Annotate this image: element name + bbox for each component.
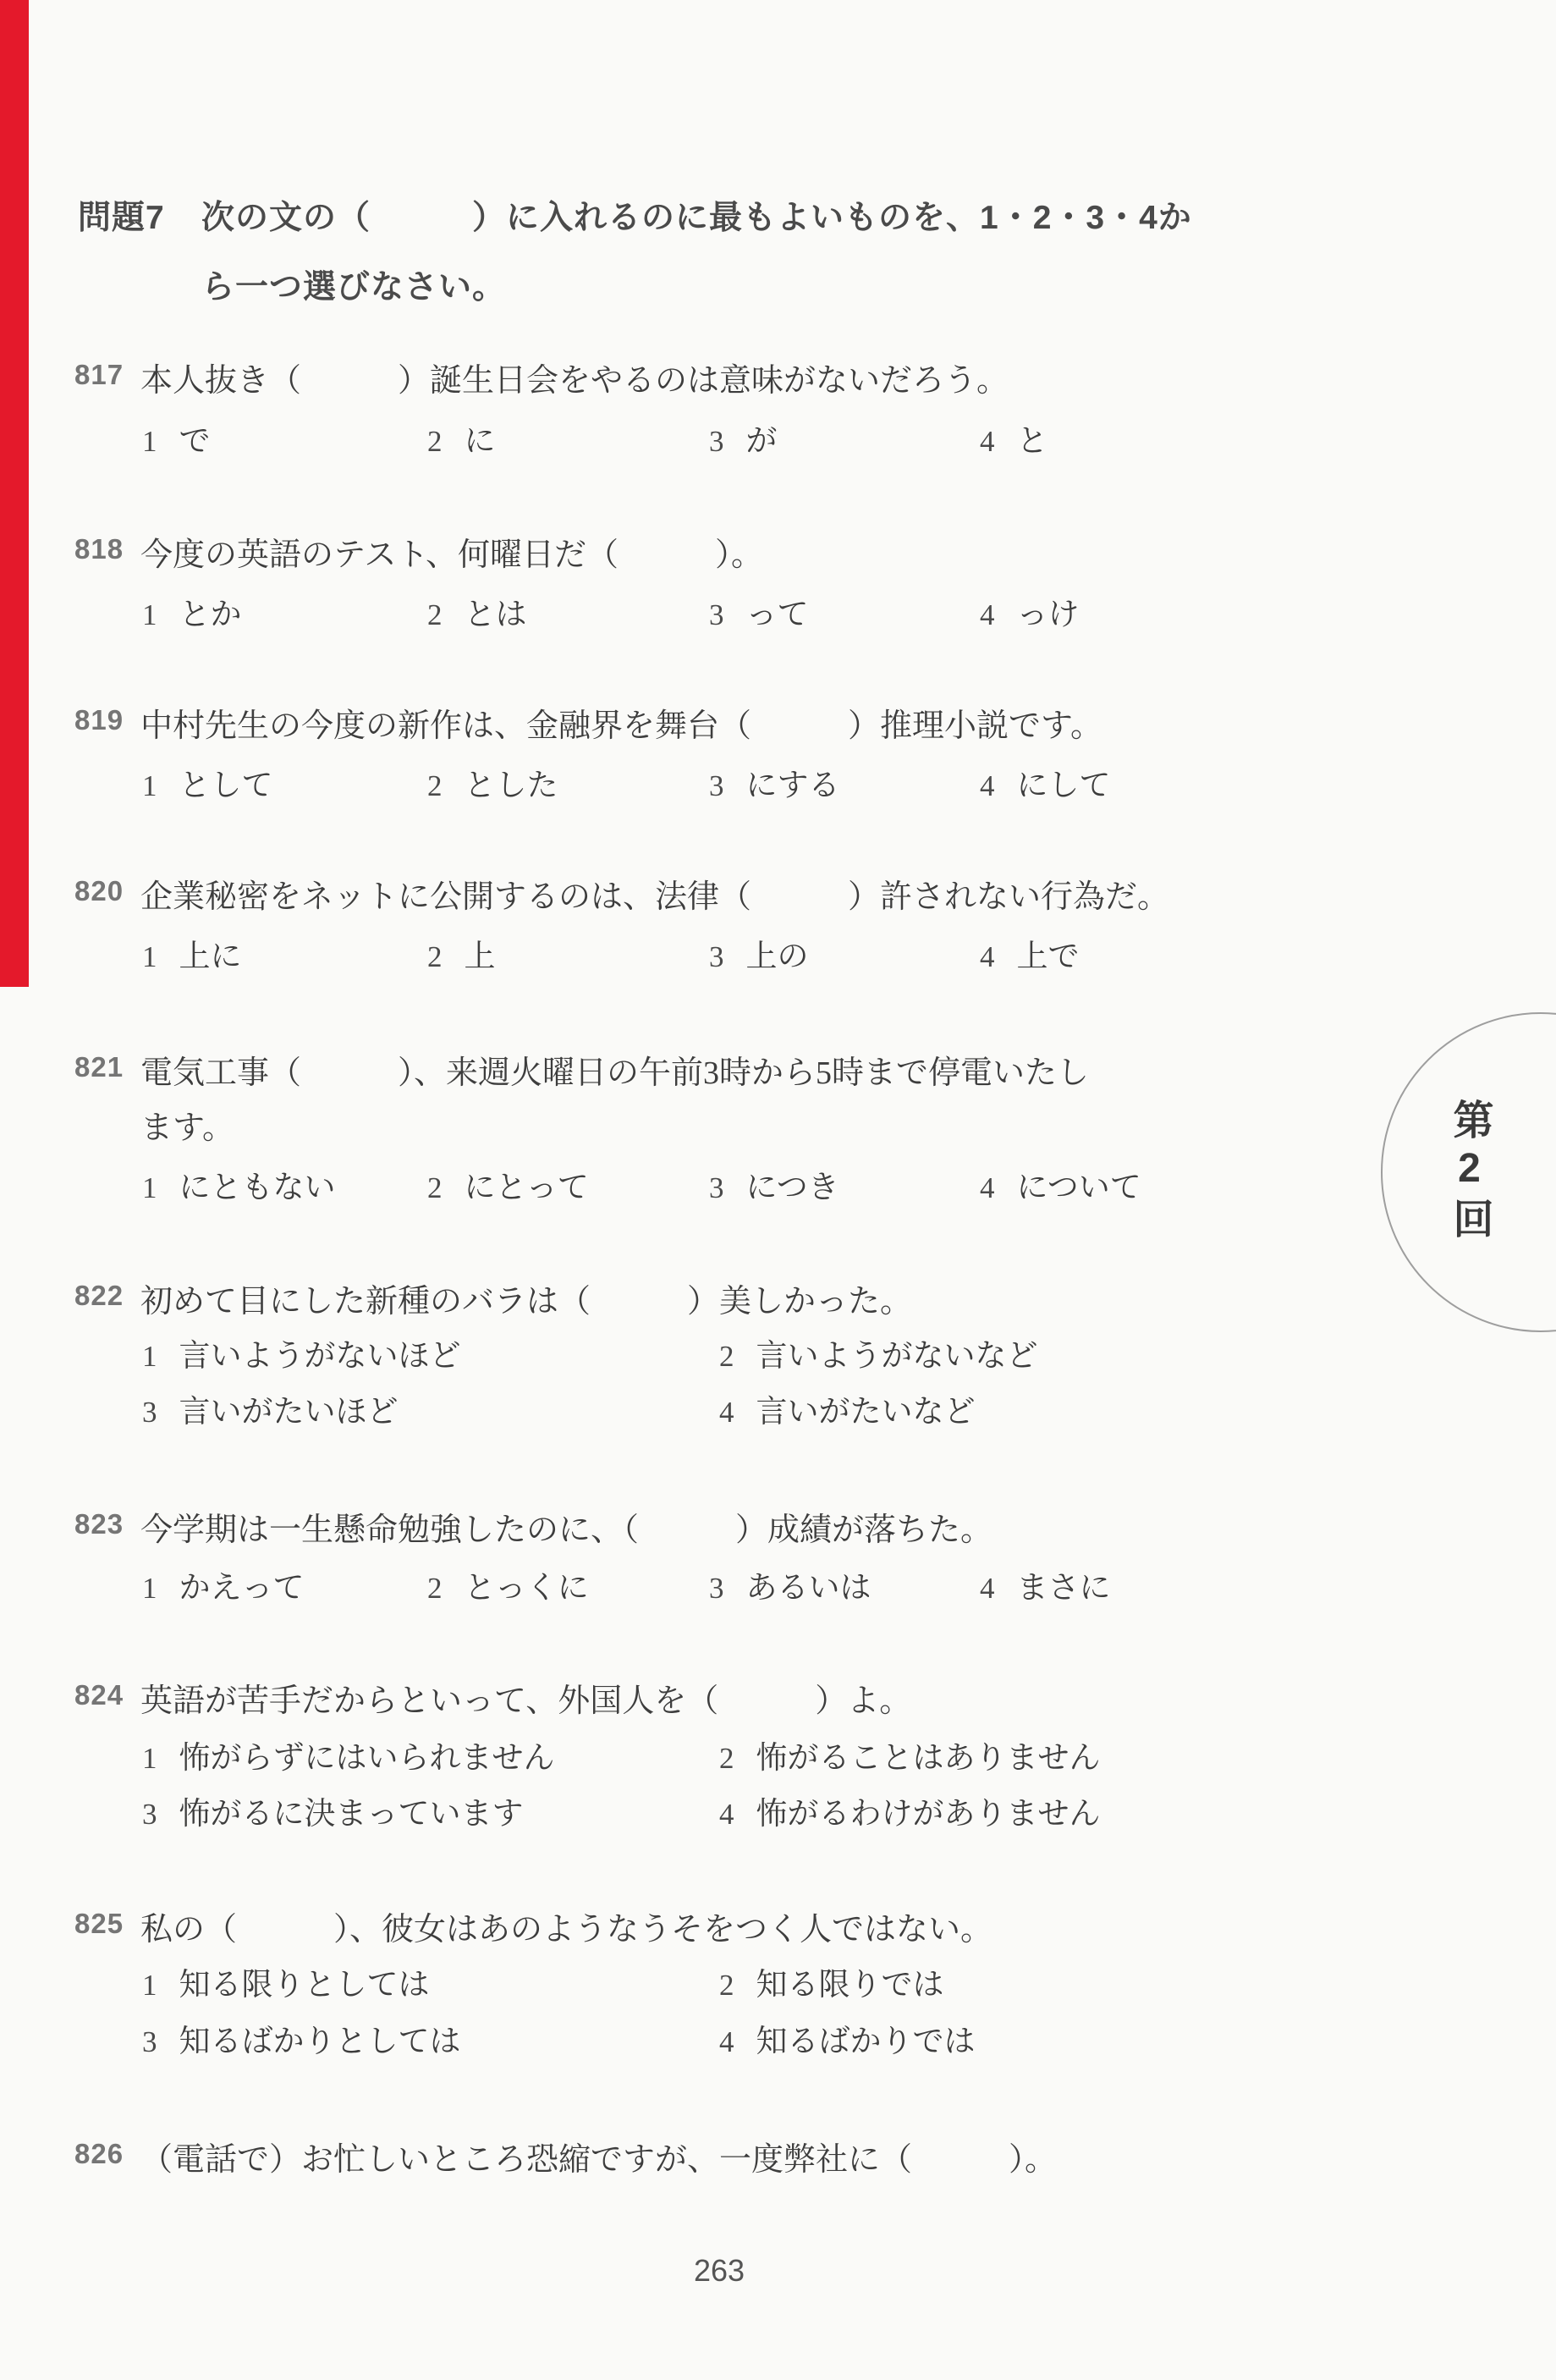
left-red-stripe — [0, 0, 29, 987]
option: 1にともない — [142, 1161, 336, 1207]
option: 2にとって — [427, 1161, 589, 1207]
option-label: 知る限りとしては — [179, 1968, 430, 2003]
option-number: 1 — [142, 1572, 157, 1605]
option-label: かえって — [179, 1571, 305, 1606]
option-label: 知るばかりでは — [756, 2025, 976, 2059]
option-label: 怖がるに決まっています — [179, 1797, 524, 1832]
option: 2知る限りでは — [719, 1959, 944, 2004]
option-number: 1 — [142, 1969, 157, 2002]
option: 2怖がることはありません — [719, 1732, 1101, 1777]
question-number: 823 — [74, 1508, 124, 1540]
problem-label: 問題7 — [78, 191, 165, 239]
question-text: 企業秘密をネットに公開するのは、法律（ ）許されない行為だ。 — [140, 870, 1169, 917]
option-number: 4 — [980, 425, 995, 458]
option: 2言いようがないなど — [719, 1330, 1038, 1375]
option: 3上の — [709, 930, 809, 976]
option: 2とは — [427, 588, 527, 634]
option: 1怖がらずにはいられません — [142, 1732, 555, 1777]
option-label: 知る限りでは — [756, 1968, 944, 2003]
question-text: 英語が苦手だからといって、外国人を（ ）よ。 — [140, 1674, 911, 1721]
chapter-tab-label: 第2回 — [1440, 1099, 1498, 1245]
option-number: 2 — [427, 940, 443, 973]
option-label: とした — [465, 769, 558, 803]
chapter-tab: 第2回 — [1381, 1012, 1556, 1332]
option: 4にして — [980, 759, 1111, 805]
option-number: 1 — [142, 940, 157, 973]
option-number: 1 — [142, 425, 157, 458]
option: 4まさに — [980, 1562, 1111, 1607]
option-number: 1 — [142, 1742, 157, 1775]
option-number: 3 — [709, 940, 724, 973]
option: 4と — [980, 415, 1048, 460]
option-number: 2 — [427, 1171, 443, 1204]
question-text: 初めて目にした新種のバラは（ ）美しかった。 — [140, 1275, 912, 1321]
instruction-line-1: 次の文の（ ）に入れるのに最もよいものを、1・2・3・4か — [201, 191, 1192, 239]
option: 2とっくに — [427, 1562, 589, 1607]
option-number: 2 — [719, 1340, 734, 1373]
option-label: とっくに — [465, 1571, 589, 1606]
option-number: 4 — [980, 1171, 995, 1204]
option-number: 3 — [142, 2025, 157, 2058]
option-number: 2 — [719, 1969, 734, 2002]
option-number: 1 — [142, 1171, 157, 1204]
option-label: について — [1017, 1171, 1141, 1205]
option-label: にして — [1017, 769, 1111, 803]
option-number: 4 — [719, 1798, 734, 1831]
question-number: 824 — [74, 1679, 124, 1711]
option-number: 1 — [142, 769, 157, 802]
option-number: 3 — [709, 769, 724, 802]
option-label: につき — [746, 1171, 839, 1205]
question-number: 825 — [74, 1908, 124, 1940]
option: 3につき — [709, 1161, 839, 1207]
option: 3知るばかりとしては — [142, 2015, 461, 2061]
option: 4怖がるわけがありません — [719, 1788, 1101, 1833]
option-label: あるいは — [746, 1571, 871, 1606]
question-text: 中村先生の今度の新作は、金融界を舞台（ ）推理小説です。 — [140, 699, 1102, 746]
option-label: 言いようがないほど — [179, 1339, 461, 1374]
option-number: 4 — [980, 769, 995, 802]
question-text: （電話で）お忙しいところ恐縮ですが、一度弊社に（ ）。 — [140, 2133, 1057, 2179]
option: 1で — [142, 415, 211, 460]
option-label: にとって — [465, 1171, 589, 1205]
option-label: と — [1017, 424, 1048, 459]
option: 1知る限りとしては — [142, 1959, 430, 2004]
option-label: 怖がることはありません — [756, 1741, 1101, 1776]
option-label: で — [179, 424, 211, 459]
option-number: 2 — [719, 1742, 734, 1775]
option: 1かえって — [142, 1562, 305, 1607]
option-number: 3 — [709, 1171, 724, 1204]
option-number: 2 — [427, 769, 443, 802]
instruction-line-2: ら一つ選びなさい。 — [201, 261, 506, 308]
option: 3が — [709, 415, 778, 460]
question-number: 821 — [74, 1051, 124, 1083]
option: 1とか — [142, 588, 242, 634]
question-number: 826 — [74, 2138, 124, 2170]
option-number: 3 — [709, 598, 724, 631]
option-label: 言いようがないなど — [756, 1339, 1038, 1374]
option-label: に — [465, 424, 496, 459]
option-label: 上 — [465, 939, 496, 974]
question-text: 今学期は一生懸命勉強したのに、（ ）成績が落ちた。 — [140, 1503, 992, 1550]
option-number: 3 — [709, 1572, 724, 1605]
option-number: 3 — [142, 1798, 157, 1831]
option-label: 上の — [746, 939, 809, 974]
page: { "page": { "background": "#fafaf8", "pa… — [0, 0, 1556, 2380]
page-number: 263 — [635, 2253, 804, 2289]
option-label: 上で — [1017, 939, 1080, 974]
option: 4について — [980, 1161, 1141, 1207]
option-label: 上に — [179, 939, 242, 974]
option: 2に — [427, 415, 496, 460]
option-number: 3 — [142, 1396, 157, 1429]
option-label: とか — [179, 598, 242, 632]
option-number: 2 — [427, 598, 443, 631]
option-number: 1 — [142, 598, 157, 631]
option: 4っけ — [980, 588, 1080, 634]
option-number: 2 — [427, 1572, 443, 1605]
question-text: 私の（ ）、彼女はあのようなうそをつく人ではない。 — [140, 1903, 992, 1949]
option: 4上で — [980, 930, 1080, 976]
option: 1として — [142, 759, 273, 805]
question-text: 今度の英語のテスト、何曜日だ（ ）。 — [140, 528, 763, 575]
option-number: 4 — [980, 1572, 995, 1605]
question-number: 820 — [74, 875, 124, 907]
option: 3にする — [709, 759, 840, 805]
option: 3あるいは — [709, 1562, 871, 1607]
option-label: 知るばかりとしては — [179, 2025, 461, 2059]
option: 2とした — [427, 759, 558, 805]
option-label: 言いがたいほど — [179, 1395, 399, 1430]
option-label: とは — [465, 598, 527, 632]
question-text: 電気工事（ ）、来週火曜日の午前3時から5時まで停電いたし — [140, 1046, 1089, 1093]
option-number: 4 — [980, 598, 995, 631]
question-text: 本人抜き（ ）誕生日会をやるのは意味がないだろう。 — [140, 354, 1009, 400]
option: 1上に — [142, 930, 242, 976]
option-number: 4 — [719, 1396, 734, 1429]
option: 1言いようがないほど — [142, 1330, 461, 1375]
option-number: 2 — [427, 425, 443, 458]
option-label: っけ — [1017, 598, 1080, 632]
option-number: 4 — [719, 2025, 734, 2058]
option-label: 怖がるわけがありません — [756, 1797, 1101, 1832]
option-label: まさに — [1017, 1571, 1111, 1606]
option-label: が — [746, 424, 778, 459]
question-number: 818 — [74, 533, 124, 565]
question-text-line-2: ます。 — [140, 1101, 234, 1148]
question-number: 819 — [74, 704, 124, 736]
option-label: 言いがたいなど — [756, 1395, 976, 1430]
option-label: にともない — [179, 1171, 336, 1205]
question-number: 817 — [74, 359, 124, 391]
option: 2上 — [427, 930, 496, 976]
option-number: 1 — [142, 1340, 157, 1373]
option-number: 3 — [709, 425, 724, 458]
option: 3怖がるに決まっています — [142, 1788, 524, 1833]
option-label: として — [179, 769, 273, 803]
option-label: って — [746, 598, 809, 632]
option-label: 怖がらずにはいられません — [179, 1741, 555, 1776]
option: 3って — [709, 588, 809, 634]
option-label: にする — [746, 769, 840, 803]
option-number: 4 — [980, 940, 995, 973]
option: 4知るばかりでは — [719, 2015, 976, 2061]
option: 4言いがたいなど — [719, 1386, 976, 1431]
option: 3言いがたいほど — [142, 1386, 399, 1431]
question-number: 822 — [74, 1280, 124, 1312]
